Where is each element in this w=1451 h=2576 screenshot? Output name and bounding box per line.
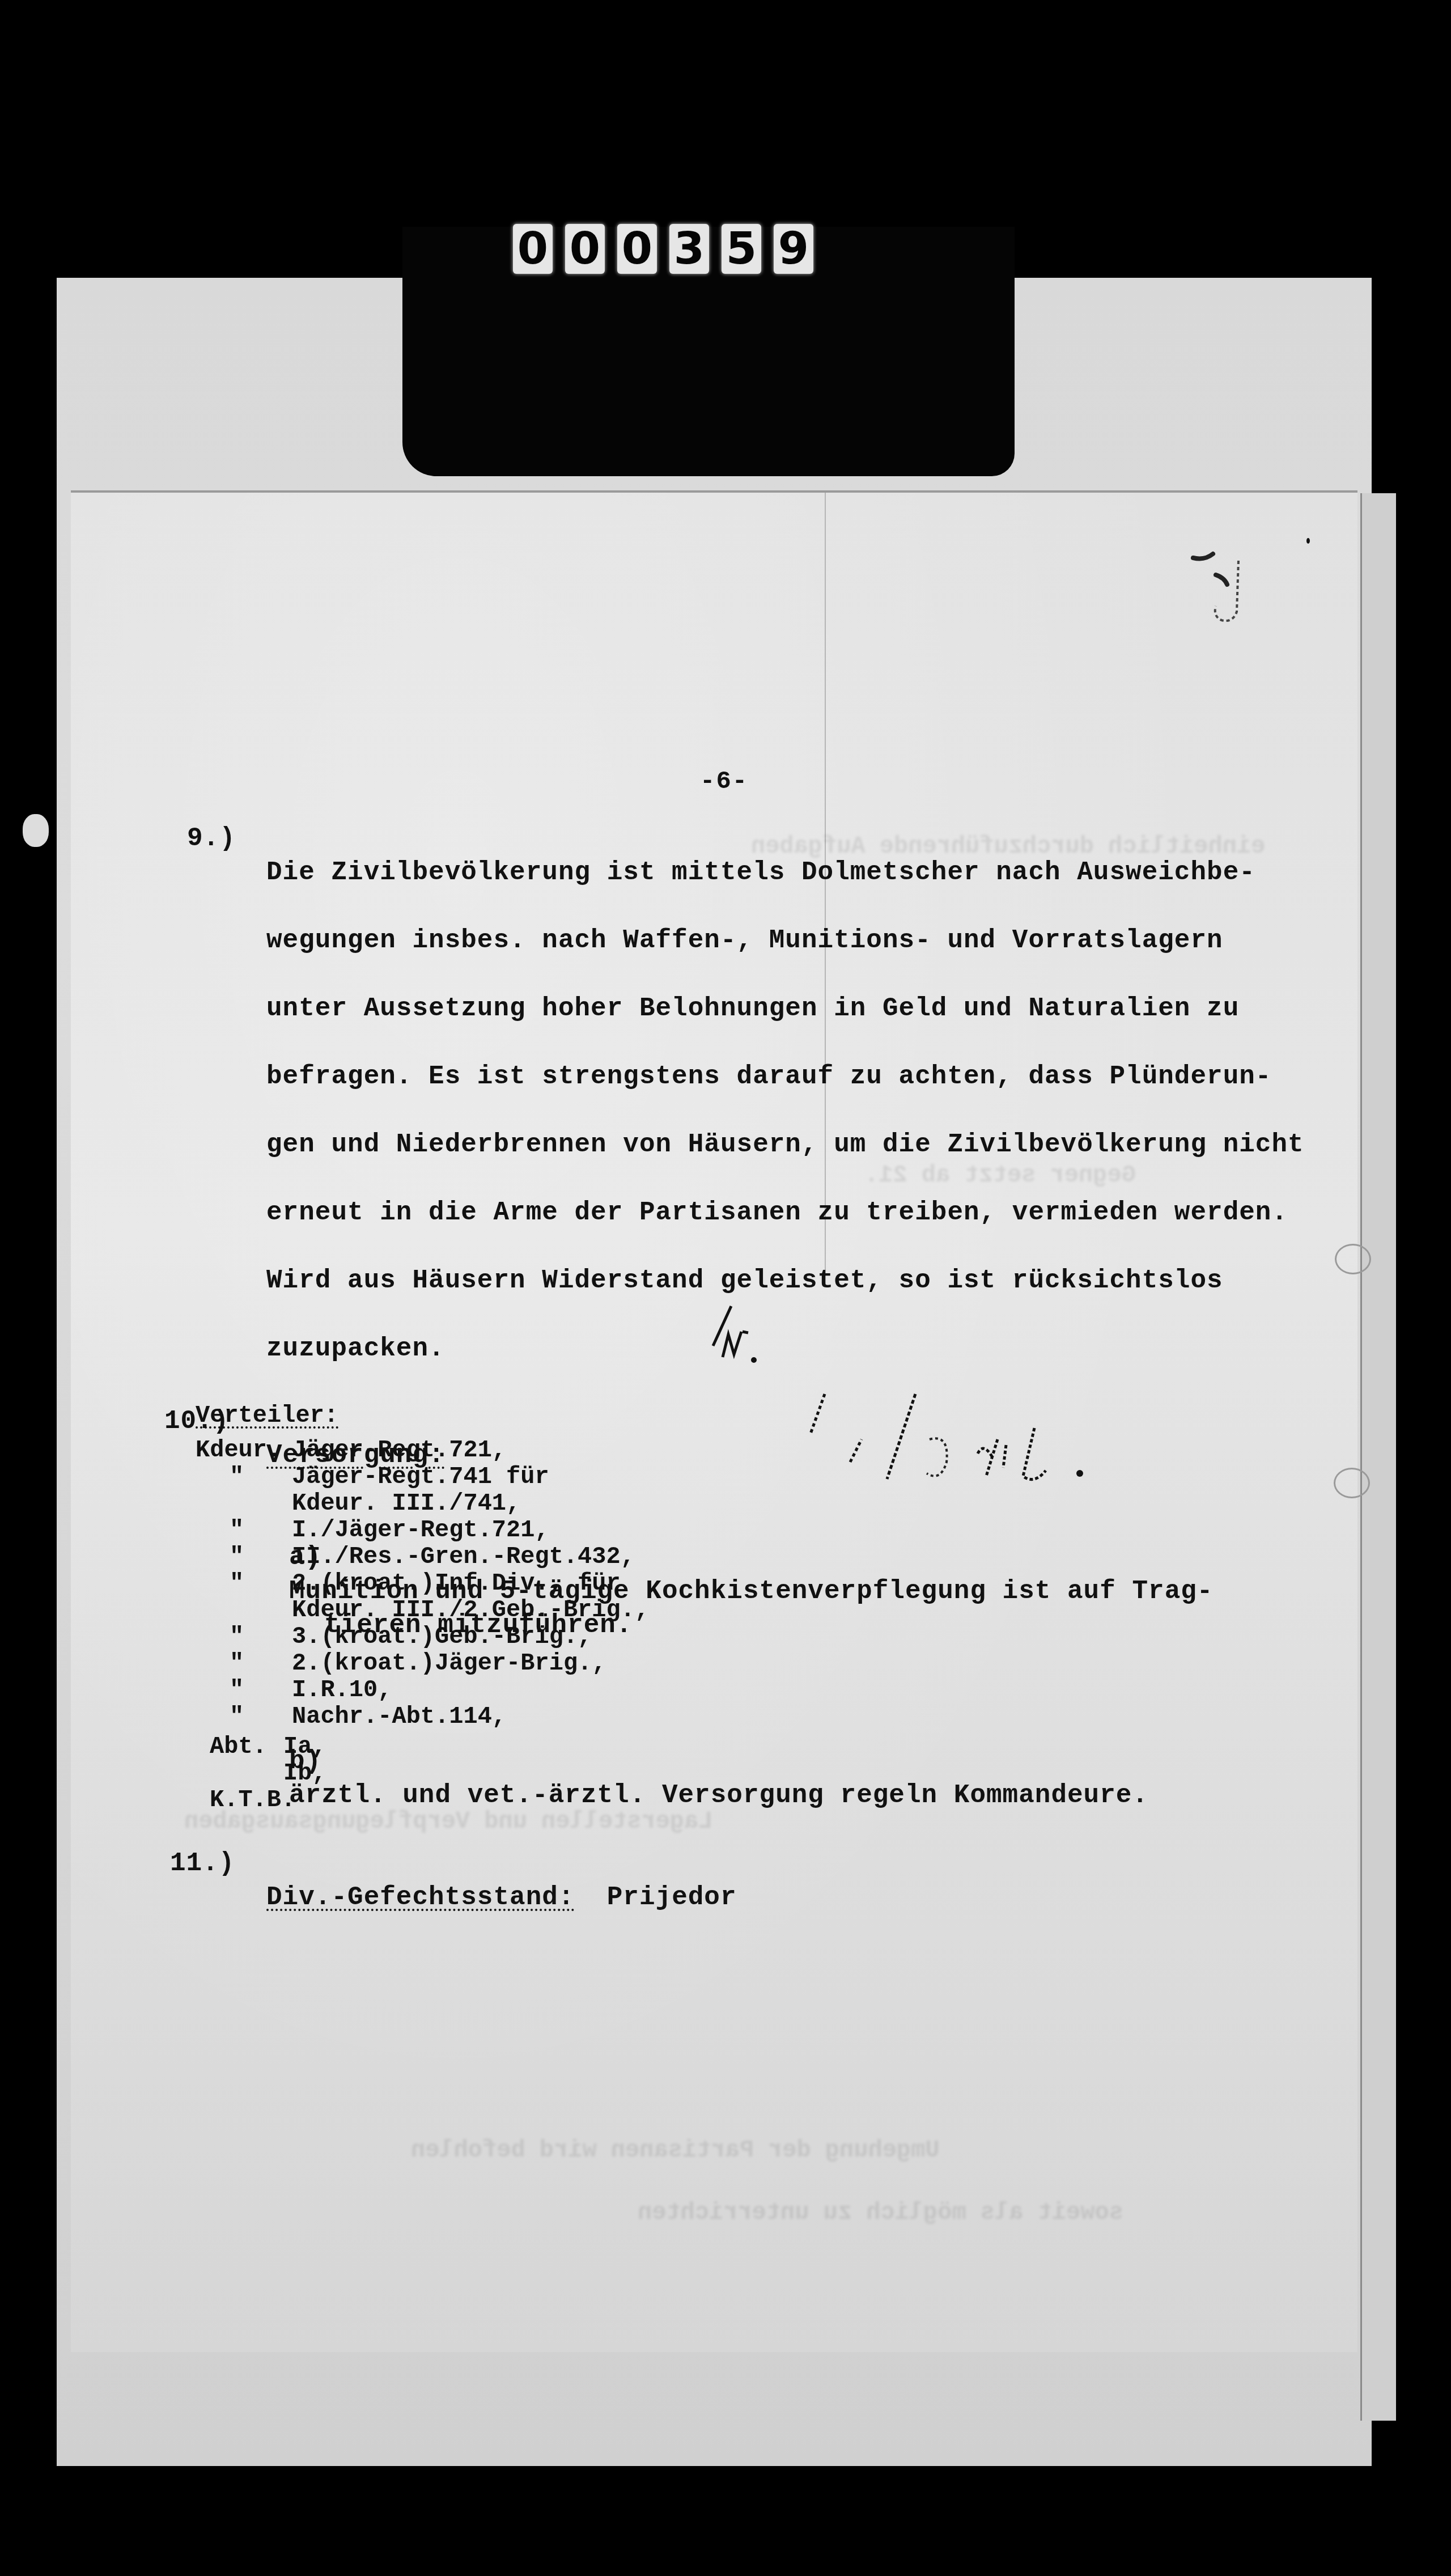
text-line: befragen. Es ist strengstens darauf zu a… (266, 1060, 1321, 1094)
text-line: gen und Niederbrennen von Häusern, um di… (266, 1128, 1321, 1162)
section-number: 9.) (187, 821, 236, 855)
ring-stain (1334, 1468, 1370, 1498)
entry-text: 2.(kroat.)Inf.Div., für (292, 1570, 649, 1597)
ink-speck (1306, 538, 1310, 544)
distribution-entry: " Jäger-Regt.741 für Kdeur. III./741, (196, 1464, 649, 1517)
document-page: einheitlich durchzuführende Aufgaben Geg… (71, 490, 1357, 2352)
text-line: wegungen insbes. nach Waffen-, Munitions… (266, 923, 1321, 957)
ditto-mark: " (196, 1624, 292, 1650)
ring-stain (1335, 1244, 1371, 1274)
text-line: erneut in die Arme der Partisanen zu tre… (266, 1196, 1321, 1230)
command-post-location: Prijedor (607, 1883, 737, 1912)
entry-text: Jäger-Regt.741 für (292, 1464, 549, 1490)
counter-digit: 3 (669, 224, 709, 274)
entry-text: 2.(kroat.)Jäger-Brig., (292, 1650, 606, 1677)
ditto-mark: " (196, 1704, 292, 1730)
counter-digit: 0 (617, 224, 657, 274)
bleed-through: Umgehung der Partisanen wird befohlen (411, 2137, 940, 2164)
entry-text: I.R.10, (292, 1677, 392, 1704)
distribution-entry: " II./Res.-Gren.-Regt.432, (196, 1544, 649, 1570)
text-line: Die Zivilbevölkerung ist mittels Dolmets… (266, 855, 1321, 889)
entry-text: Kdeur. III./2.Geb.-Brig., (292, 1597, 649, 1624)
distribution-entry: " Nachr.-Abt.114, (196, 1704, 649, 1730)
entry-text: Jäger-Regt.721, (292, 1437, 506, 1464)
ditto-mark: " (196, 1517, 292, 1544)
ditto-mark: " (196, 1544, 292, 1570)
entry-text: Nachr.-Abt.114, (292, 1704, 506, 1730)
distribution-entry: " I.R.10, (196, 1677, 649, 1704)
frame-counter: 0 0 0 3 5 9 (513, 224, 813, 274)
distribution-list: Verteiler: Kdeur. Jäger-Regt.721, " Jäge… (196, 1403, 649, 1814)
distribution-entry: " I./Jäger-Regt.721, (196, 1517, 649, 1544)
ditto-mark: " (196, 1464, 292, 1517)
entry-text: Kdeur. III./741, (292, 1490, 549, 1517)
page-edge (1360, 493, 1396, 2421)
department-prefix: Abt. (210, 1734, 283, 1760)
ditto-mark: " (196, 1570, 292, 1624)
section-11: 11.) Div.-Gefechtsstand: Prijedor (170, 1846, 1321, 1948)
entry-text: 3.(kroat.)Geb.-Brig., (292, 1624, 592, 1650)
distribution-title: Verteiler: (196, 1403, 649, 1429)
bleed-through: soweit als möglich zu unterrichten (638, 2199, 1123, 2226)
entry-text: I./Jäger-Regt.721, (292, 1517, 549, 1544)
counter-digit: 9 (774, 224, 813, 274)
text-line: Wird aus Häusern Widerstand geleistet, s… (266, 1264, 1321, 1298)
ditto-mark: " (196, 1650, 292, 1677)
ditto-mark: " (196, 1677, 292, 1704)
distribution-entry: " 3.(kroat.)Geb.-Brig., (196, 1624, 649, 1650)
department-list: Abt. Ia, Ib, K.T.B. (210, 1734, 649, 1814)
department-prefix (210, 1760, 283, 1787)
distribution-entry: " 2.(kroat.)Inf.Div., für Kdeur. III./2.… (196, 1570, 649, 1624)
handwritten-signature-icon (808, 1377, 1102, 1502)
counter-digit: 0 (565, 224, 605, 274)
page-number: -6- (700, 768, 748, 796)
text-line: zuzupacken. (266, 1332, 1321, 1366)
section-heading: Div.-Gefechtsstand: (266, 1883, 575, 1912)
section-number: 11.) (170, 1846, 235, 1880)
department-value: Ib, (283, 1760, 326, 1787)
department-prefix: K.T.B. (210, 1787, 295, 1814)
distribution-entry: Kdeur. Jäger-Regt.721, (196, 1437, 649, 1464)
text-line: unter Aussetzung hoher Belohnungen in Ge… (266, 992, 1321, 1026)
counter-digit: 0 (513, 224, 553, 274)
corner-mark-icon (1182, 544, 1284, 640)
entry-text: II./Res.-Gren.-Regt.432, (292, 1544, 635, 1570)
distribution-entry: " 2.(kroat.)Jäger-Brig., (196, 1650, 649, 1677)
counter-digit: 5 (722, 224, 761, 274)
initial-mark-icon (708, 1303, 760, 1366)
entry-prefix: Kdeur. (196, 1437, 292, 1464)
department-value: Ia, (283, 1734, 326, 1760)
punch-hole (23, 814, 49, 847)
